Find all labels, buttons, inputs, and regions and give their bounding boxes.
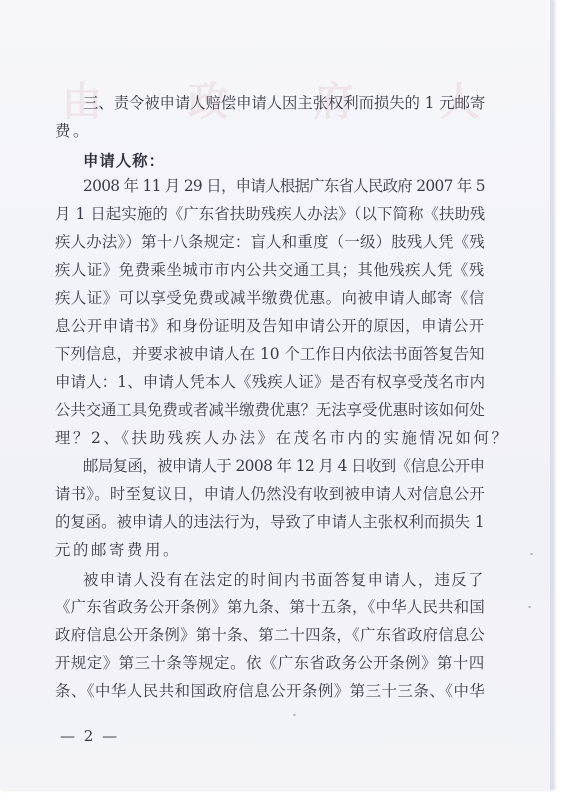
text-line: 邮局复函，被申请人于 2008 年 12 月 4 日收到《信息公开申 [83,456,485,476]
text-line: 公共交通工具免费或者减半缴费优惠？无法享受优惠时该如何处 [55,400,485,420]
scan-speck [530,553,533,555]
text-line: 条、《中华人民共和国政府信息公开条例》第三十三条、《中华 [55,681,485,701]
text-line: 被申请人没有在法定的时间内书面答复申请人，违反了 [83,570,485,590]
text-line: 疾人证》免费乘坐城市市内公共交通工具；其他残疾人凭《残 [55,260,485,280]
document-page: 由 政 府 人 民 县 三、责令被申请人赔偿申请人因主张权利而损失的 1 元邮寄… [0,0,553,790]
text-line: 政府信息公开条例》第十条、第二十四条，《广东省政府信息公 [55,625,485,645]
text-line: 元的邮寄费用。 [55,540,485,560]
page-number: — 2 — [60,727,119,745]
text-line: 2008 年 11 月 29 日，申请人根据广东省人民政府 2007 年 5 [83,176,485,196]
text-line: 《广东省政务公开条例》第九条、第十五条，《中华人民共和国 [55,597,485,617]
section-heading: 申请人称： [83,151,485,171]
text-line: 月 1 日起实施的《广东省扶助残疾人办法》（以下简称《扶助残 [55,204,485,224]
text-line: 请书》。时至复议日，申请人仍然没有收到被申请人对信息公开 [55,484,485,504]
text-line: 开规定》第三十条等规定。依《广东省政务公开条例》第十四 [55,653,485,673]
text-line: 费。 [55,121,485,141]
scan-speck [528,606,531,608]
text-line: 的复函。被申请人的违法行为，导致了申请人主张权利而损失 1 [55,512,485,532]
text-line: 三、责令被申请人赔偿申请人因主张权利而损失的 1 元邮寄 [83,93,485,113]
text-line: 申请人：1、申请人凭本人《残疾人证》是否有权享受茂名市内 [55,372,485,392]
text-line: 息公开申请书》和身份证明及告知申请公开的原因，申请公开 [55,316,485,336]
text-line: 理？2、《扶助残疾人办法》在茂名市内的实施情况如何？ [55,428,485,448]
text-line: 下列信息，并要求被申请人在 10 个工作日内依法书面答复告知 [55,344,485,364]
text-line: 疾人办法》）第十八条规定：盲人和重度（一级）肢残人凭《残 [55,232,485,252]
scan-speck [293,714,296,716]
text-line: 疾人证》可以享受免费或减半缴费优惠。向被申请人邮寄《信 [55,288,485,308]
